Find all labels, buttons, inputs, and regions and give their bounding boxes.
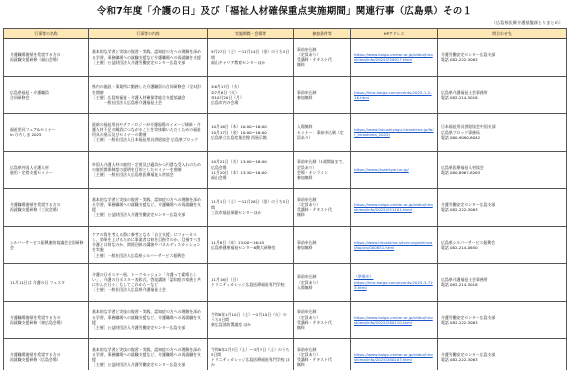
event-name: 福祉用具フェア&セミナー in ひろしま 2025 <box>4 114 89 152</box>
event-url-link[interactable]: https://hiro-kaigo.com/events/2025-3-723… <box>354 280 434 290</box>
event-name: 介護職場復帰を希望する方の 再就職支援研修（東広島会場） <box>4 301 89 339</box>
event-contact: 広島県医療福祉人材協会 電話 080-8967-8263 <box>438 151 567 189</box>
event-conditions: 事前申込制（1週間前まで、定員あり） 会場・オンライン 参加無料 <box>294 151 351 189</box>
event-content: 基本的な学習と実技の復習・実践、認知症の方への理解を深める学習、事務職場への就職… <box>89 189 208 227</box>
table-row: 11月11日は 介護の日 フェスタ介護の日ポスター展、トークセッション「介護って… <box>4 264 567 302</box>
header-url: HPアドレス <box>351 29 438 39</box>
event-name: 11月11日は 介護の日 フェスタ <box>4 264 89 302</box>
event-content: 基本的な学習と実技の復習・実践、認知症の方への理解を深める学習、事務職場への就職… <box>89 39 208 77</box>
header-content: 行事等の内容 <box>89 29 208 39</box>
event-content: 基本的な学習と実技の復習・実践、認知症の方への理解を深める学習、事務職場への就職… <box>89 301 208 339</box>
table-row: 介護職場復帰を希望する方の 再就職支援研修（三次会場）基本的な学習と実技の復習・… <box>4 189 567 227</box>
event-period: 9月27日（土）～11月14日（金）のうち5日間 福山キャリア教育センターほか <box>208 39 294 77</box>
event-contact: 広島県シルバーサービス振興会 電話 082-214-0650 <box>438 226 567 264</box>
table-row: シルバーサービス振興連絡協議会全国研修会ケアの質を考える際に参考となる「自立支援… <box>4 226 567 264</box>
event-content: 基本的な学習と実技の復習・実践、認知症の方への理解を深める学習、事務職場への就職… <box>89 339 208 370</box>
event-conditions: 事前申込制 参加無料 <box>294 226 351 264</box>
event-period: 11月6日（木）13:00～16:45 広島県健康福祉センター6階大研修室 <box>208 226 294 264</box>
table-row: 福祉用具フェア&セミナー in ひろしま 2025最新の福祉用具やテクノロジーが… <box>4 114 567 152</box>
event-name: 介護職場復帰を希望する方の 再就職支援研修（広島会場） <box>4 339 89 370</box>
event-url[interactable]: https://www.fukushiyogu-hiroshima.jp/fai… <box>351 114 438 152</box>
header-contact: 問合わせ先 <box>438 29 567 39</box>
event-period: 10月21日（火）13:00～16:00 広島会場 11月20日（木）13:30… <box>208 151 294 189</box>
event-url[interactable]: https://www.kaigo-center.or.jp/shibu/hir… <box>351 339 438 370</box>
event-url[interactable]: https://hiro-kaigo.com/events/2025-1-2-1… <box>351 76 438 114</box>
event-period: 令和8年1月10日（土）～2月10日（火）のうち5日間 東広島消防署議室 ほか <box>208 301 294 339</box>
table-header-row: 行事等の名称 行事等の内容 実施期間・会場等 参加条件等 HPアドレス 問合わせ… <box>4 29 567 39</box>
event-period: 11月16日（日） トリニティカレッジ広島医療福祉専門学校 <box>208 264 294 302</box>
table-row: 広島県福祉・介護職員 合同研修会県内の施設・事業所に勤務した介護職員の合同研修会… <box>4 76 567 114</box>
event-url[interactable]: https://www.hiroshima-silver.org/othinza… <box>351 226 438 264</box>
header-period: 実施期間・会場等 <box>208 29 294 39</box>
event-conditions: 事前申込制 （定員あり） 入場無料 <box>294 264 351 302</box>
event-name: シルバーサービス振興連絡協議会全国研修会 <box>4 226 89 264</box>
event-content: 最新の福祉用具やテクノロジーが介護現場のイメージ刷新・介護人材不足の解消につなが… <box>89 114 208 152</box>
event-period: 令和8年2月7日（土）～3月7日（土）のうち5日間 トリニティカレッジ広島医療福… <box>208 339 294 370</box>
event-contact: 介護労働安定センター広島支部 電話 082-222-3063 <box>438 301 567 339</box>
table-row: 介護職場復帰を希望する方の 再就職支援研修（福山会場）基本的な学習と実技の復習・… <box>4 39 567 77</box>
event-contact: 介護労働安定センター広島支部 電話 082-222-3063 <box>438 339 567 370</box>
table-row: 広島県外国人介護人材 雇用・定着支援セミナー外国人介護人材の雇用・定着及び適切か… <box>4 151 567 189</box>
page-title: 令和7年度「介護の日」及び「福祉人材確保重点実施期間」関連行事（広島県）その１ <box>0 3 569 17</box>
event-url[interactable]: https://www.kaigo-center.or.jp/shibu/hir… <box>351 189 438 227</box>
event-conditions: 入場無料 セミナー：事前申込制（定員あり） <box>294 114 351 152</box>
event-content: 県内の施設・事業所に勤務した介護職員の合同研修会（全3回）を開催 ［主催］広島県… <box>89 76 208 114</box>
event-conditions: 事前申込制 （定員あり） 受講料・テキスト代 無料 <box>294 339 351 370</box>
compiler-note: （広島県医療介護基盤課とりまとめ） <box>492 20 563 26</box>
event-name: 広島県外国人介護人材 雇用・定着支援セミナー <box>4 151 89 189</box>
event-period: 10月16日（木）10:00～16:00 10月17日（金）10:00～16:0… <box>208 114 294 152</box>
header-name: 行事等の名称 <box>4 29 89 39</box>
event-contact: 広島県介護福祉士会事務所 電話 082-214-3018 <box>438 264 567 302</box>
table-row: 介護職場復帰を希望する方の 再就職支援研修（広島会場）基本的な学習と実技の復習・… <box>4 339 567 370</box>
event-conditions: 事前申込制 参加無料 <box>294 76 351 114</box>
event-contact: 介護労働安定センター広島支部 電話 082-222-3063 <box>438 189 567 227</box>
event-url[interactable]: （準備中）https://hiro-kaigo.com/events/2025-… <box>351 264 438 302</box>
event-contact: 介護労働安定センター広島支部 電話 082-222-3063 <box>438 39 567 77</box>
table-row: 介護職場復帰を希望する方の 再就職支援研修（東広島会場）基本的な学習と実技の復習… <box>4 301 567 339</box>
event-contact: 広島県介護福祉士会事務所 電話 082-214-3018 <box>438 76 567 114</box>
event-name: 介護職場復帰を希望する方の 再就職支援研修（福山会場） <box>4 39 89 77</box>
event-contact: 日本福祉用具供給協会中国支部 広島県ブロック事務局 電話 080-9090-80… <box>438 114 567 152</box>
event-content: 介護の日ポスター展、トークセッション「介護って素晴らしい」、介護の日ポスター表彰… <box>89 264 208 302</box>
event-name: 広島県福祉・介護職員 合同研修会 <box>4 76 89 114</box>
event-conditions: 事前申込制 （定員あり） 受講料・テキスト代 無料 <box>294 301 351 339</box>
event-url[interactable]: https://www.kaigo-center.or.jp/shibu/hir… <box>351 39 438 77</box>
event-period: 11月1日（土）～11月28日（金）のうち5日間 三次市福祉保健センターほか <box>208 189 294 227</box>
event-url[interactable]: https://www.jinzaikyou.or.jp/ <box>351 151 438 189</box>
event-content: 外国人介護人材の雇用・定着及び適切かつ円滑な受入れのための雇用関係制度の説明を目… <box>89 151 208 189</box>
event-conditions: 事前申込制 （定員あり） 受講料・テキスト代 無料 <box>294 189 351 227</box>
events-table: 行事等の名称 行事等の内容 実施期間・会場等 参加条件等 HPアドレス 問合わせ… <box>3 28 567 370</box>
event-content: ケアの質を考える際に参考となる「自立支援」にフォーカスし、効果を上げるために事業… <box>89 226 208 264</box>
event-conditions: 事前申込制 （定員あり） 受講料・テキスト代 無料 <box>294 39 351 77</box>
event-period: ①6月17日（火） ②7月8日（火） ③10月20日（月） 広島市内の会場 <box>208 76 294 114</box>
header-conditions: 参加条件等 <box>294 29 351 39</box>
event-url[interactable]: https://www.kaigo-center.or.jp/shibu/hir… <box>351 301 438 339</box>
event-name: 介護職場復帰を希望する方の 再就職支援研修（三次会場） <box>4 189 89 227</box>
